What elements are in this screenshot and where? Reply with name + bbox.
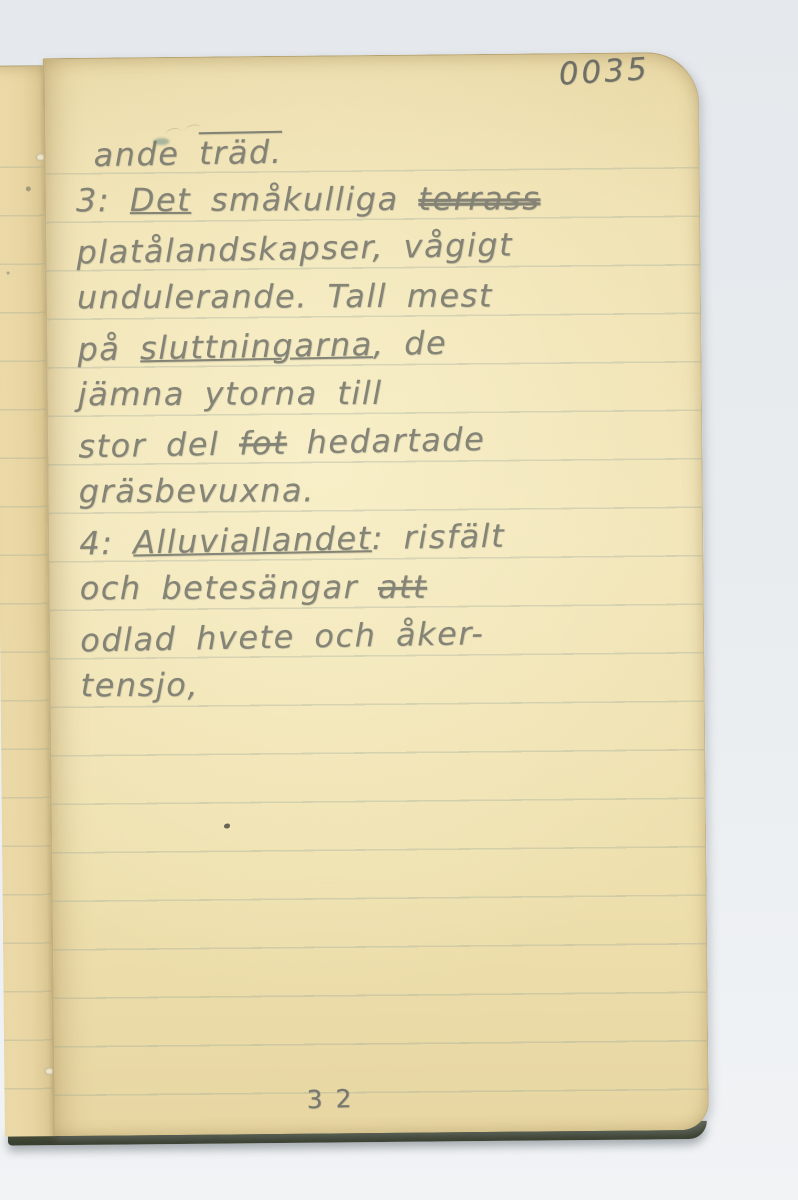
handwriting-segment: ande (93, 134, 199, 174)
handwriting-line: och betesängar att (80, 561, 680, 612)
handwriting-segment: odlad hvete och åker- (80, 614, 485, 659)
handwriting-line: 3: Det småkulliga terrass (76, 173, 676, 224)
handwriting-segment-underline: Alluviallandet (133, 519, 372, 561)
handwriting-segment-strike: fot (239, 424, 288, 463)
handwriting-segment: jämna ytorna till (78, 373, 383, 412)
handwriting-line: platålandskapser, vågigt (76, 218, 677, 277)
handwriting-line: gräsbevuxna. (79, 464, 679, 515)
paper-speck (7, 272, 10, 275)
page-number-top: 0035 (558, 51, 651, 93)
handwriting-line: stor del fot hedartade (78, 412, 679, 471)
handwriting-segment: och betesängar (80, 568, 378, 607)
handwriting-segment: platålandskapser, vågigt (76, 226, 513, 272)
scan-background: 0035 ande träd.3: Det småkulliga terrass… (0, 0, 798, 1200)
handwriting-segment: : risfält (371, 517, 505, 557)
handwriting-segment: gräsbevuxna. (79, 471, 315, 510)
handwriting-line: odlad hvete och åker- (80, 606, 681, 665)
handwriting-segment: 4: (79, 524, 133, 563)
handwriting-line: på sluttningarna, de (77, 315, 678, 374)
handwriting-line: ande träd. (75, 121, 676, 180)
handwriting-line: tensjo, (81, 658, 681, 709)
handwriting-segment: , de (372, 324, 447, 363)
paper-speck (26, 186, 31, 191)
handwriting-segment: på (77, 329, 140, 368)
handwriting-segment: undulerande. Tall mest (77, 276, 493, 316)
handwriting-segment: 3: (76, 181, 130, 219)
handwriting-segment: tensjo, (81, 665, 199, 704)
handwriting-line: 4: Alluviallandet: risfält (79, 509, 680, 568)
handwriting-segment: stor del (78, 425, 239, 466)
notebook-page: 0035 ande träd.3: Det småkulliga terrass… (43, 52, 709, 1136)
handwriting-segment-underline: Det (130, 180, 192, 218)
handwriting-segment-underline: sluttningarna (140, 325, 374, 367)
handwriting-line: jämna ytorna till (78, 367, 678, 418)
handwriting-segment-overline: träd. (199, 133, 283, 173)
handwriting-segment-strike: att (378, 567, 427, 605)
handwriting-segment: småkulliga (191, 179, 418, 218)
handwriting-segment-scribble: terrass (418, 179, 540, 218)
handwriting-block: ande träd.3: Det småkulliga terrassplatå… (75, 123, 681, 711)
page-number-bottom: 32 (306, 1084, 365, 1115)
handwriting-segment: hedartade (287, 420, 486, 462)
notebook: 0035 ande träd.3: Det småkulliga terrass… (0, 0, 798, 1200)
handwriting-line: undulerande. Tall mest (77, 270, 677, 321)
